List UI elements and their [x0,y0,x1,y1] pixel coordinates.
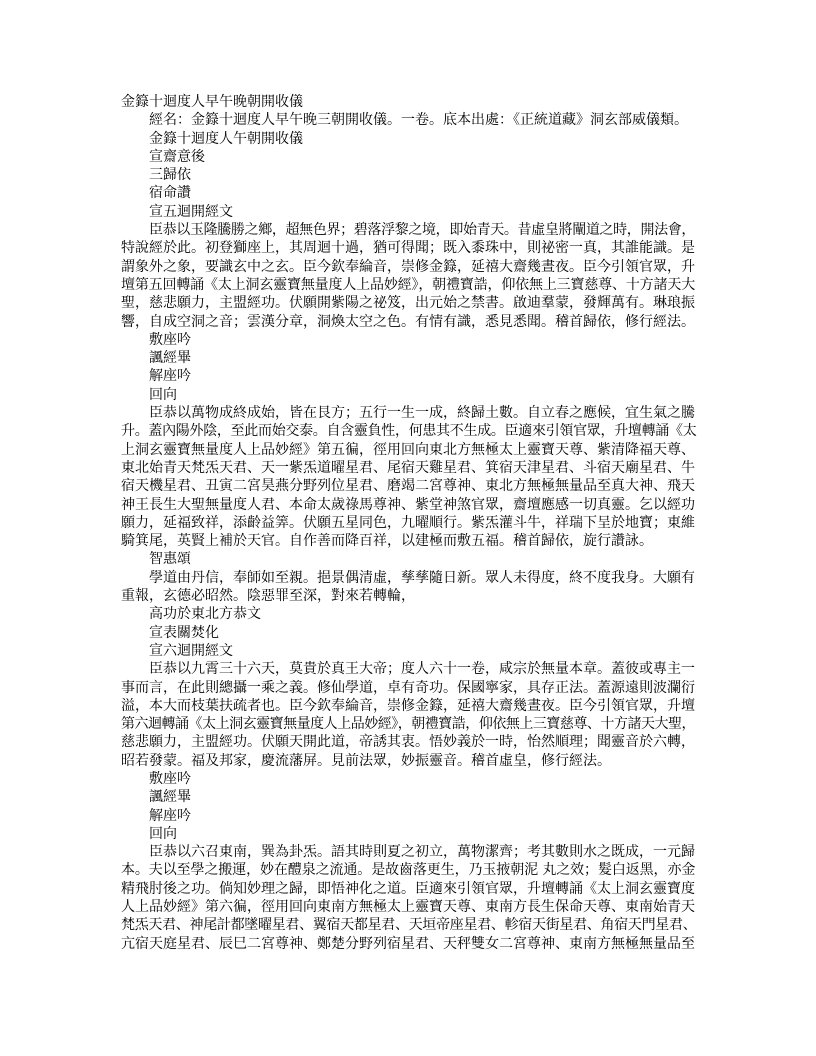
rubric-line: 諷經畢 [121,788,695,806]
scripture-info-line: 經名：金籙十迴度人早午晚三朝開收儀。一卷。底本出處：《正統道藏》洞玄部威儀類。 [121,111,695,129]
rubric-line: 諷經畢 [121,349,695,367]
rubric-line: 三歸依 [121,166,695,184]
rubric-line: 解座吟 [121,807,695,825]
paragraph-line: 壇第五回轉誦《太上洞玄靈寶無量度人上品妙經》，朝禮寶誥，仰依無上三寶慈尊、十方諸… [121,276,695,294]
document-title: 金籙十迴度人早午晚朝開收儀 [121,93,695,111]
paragraph-line: 神王長生大聖無量度人君、本命太歲祿馬尊神、紫堂神煞官眾，齋壇應感一切真靈。乞以經… [121,496,695,514]
paragraph: 臣恭以九霄三十六天，莫貴於真王大帝；度人六十一卷，咸宗於無量本章。蓋彼或專主一 … [121,660,695,770]
rubric-line: 宣表關焚化 [121,624,695,642]
paragraph-line: 謂象外之象，要識玄中之玄。臣今欽奉綸音，崇修金籙，延禧大齋幾晝夜。臣今引領官眾，… [121,258,695,276]
paragraph-line: 梵炁天君、神尾計都墜曜星君、翼宿天都星君、天垣帝座星君、軫宿天街星君、角宿天門星… [121,916,695,934]
hymn-verse: 學道由丹信，奉師如至親。挹景偶清虛，孳孳隨日新。眾人未得度，終不度我身。大願有 … [121,569,695,606]
paragraph-line: 響，自成空洞之音；雲漢分章，洞煥太空之色。有情有識，悉見悉聞。稽首歸依，修行經法… [121,313,695,331]
paragraph-line: 亢宿天庭星君、辰巳二宮尊神、鄭楚分野列宿星君、天秤雙女二宮尊神、東南方無極無量品… [121,935,695,953]
paragraph-line: 本。夫以至學之搬運，妙在醴泉之流通。是故齒落更生，乃玉掖朝泥 丸之效；髮白返黑，… [121,861,695,879]
document-body: 金籙十迴度人早午晚朝開收儀 經名：金籙十迴度人早午晚三朝開收儀。一卷。底本出處：… [121,93,695,953]
paragraph-line: 重報，玄德必昭然。陰惡罪至深，對來若轉輪， [121,587,695,605]
rubric-line: 敷座吟 [121,331,695,349]
paragraph-line: 慈悲願力，主盟經功。伏願天開此道，帝誘其衷。悟妙義於一時，怡然順理；聞靈音於六轉… [121,733,695,751]
paragraph-line: 事而言，在此則總攝一乘之義。修仙學道，卓有奇功。保國寧家，具存正法。蓋源遠則波瀾… [121,679,695,697]
paragraph-line: 聖，慈悲願力，主盟經功。伏願開紫陽之祕笈，出元始之禁書。啟迪羣蒙，發輝萬有。琳琅… [121,294,695,312]
rite-subtitle: 金籙十迴度人午朝開收儀 [121,130,695,148]
paragraph-line: 昭若發蒙。福及邦家，慶流藩屏。見前法眾，妙振靈音。稽首虛皇，修行經法。 [121,752,695,770]
document-page: 金籙十迴度人早午晚朝開收儀 經名：金籙十迴度人早午晚三朝開收儀。一卷。底本出處：… [0,0,816,1056]
paragraph: 臣恭以玉隆騰勝之鄉，超無色界；碧落浮黎之境，即始青天。昔虛皇將闡道之時，開法會，… [121,221,695,331]
rubric-line: 回向 [121,386,695,404]
paragraph-line: 特說經於此。初登獅座上，其周迴十過，猶可得聞；既入黍珠中，則祕密一真，其誰能識。… [121,239,695,257]
paragraph-line: 宿天機星君、丑寅二宮昊燕分野列位星君、磨竭二宮尊神、東北方無極無量品至真大神、飛… [121,477,695,495]
paragraph-line: 臣恭以六召東南，巽為卦炁。語其時則夏之初立，萬物潔齊；考其數則水之既成，一元歸 [121,843,695,861]
rubric-line: 宣五迴開經文 [121,203,695,221]
paragraph-line: 臣恭以萬物成終成始，皆在艮方；五行一生一成，終歸土數。自立春之應候，宜生氣之騰 [121,404,695,422]
paragraph-line: 人上品妙經》第六徧，徑用回向東南方無極太上靈寶天尊、東南方長生保命天尊、東南始青… [121,898,695,916]
paragraph-line: 升。蓋內陽外陰，至此而始交泰。自含靈負性，何患其不生成。臣適來引領官眾，升壇轉誦… [121,422,695,440]
paragraph-line: 溢，本大而枝葉扶疏者也。臣今欽奉綸音，崇修金籙，延禧大齋幾晝夜。臣今引領官眾，升… [121,697,695,715]
paragraph-line: 騎箕尾，英賢上補於天官。自作善而降百祥，以建極而敷五福。稽首歸依，旋行讚詠。 [121,532,695,550]
hymn-title: 智惠頌 [121,550,695,568]
paragraph: 臣恭以萬物成終成始，皆在艮方；五行一生一成，終歸土數。自立春之應候，宜生氣之騰 … [121,404,695,550]
rubric-line: 解座吟 [121,367,695,385]
paragraph-line: 學道由丹信，奉師如至親。挹景偶清虛，孳孳隨日新。眾人未得度，終不度我身。大願有 [121,569,695,587]
rubric-line: 高功於東北方恭文 [121,605,695,623]
paragraph: 臣恭以六召東南，巽為卦炁。語其時則夏之初立，萬物潔齊；考其數則水之既成，一元歸 … [121,843,695,953]
paragraph-line: 東北始青天梵炁天君、天一紫炁道曜星君、尾宿天雞星君、箕宿天津星君、斗宿天廟星君、… [121,459,695,477]
rubric-line: 宣齋意後 [121,148,695,166]
rubric-line: 宣六迴開經文 [121,642,695,660]
rubric-line: 回向 [121,825,695,843]
paragraph-line: 精飛肘後之功。倘知妙理之歸，即悟神化之道。臣適來引領官眾，升壇轉誦《太上洞玄靈寶… [121,880,695,898]
paragraph-line: 願力，延福致祥，添齡益筭。伏願五星同色，九曜順行。紫炁灌斗牛，祥瑞下呈於地寶；東… [121,514,695,532]
paragraph-line: 臣恭以玉隆騰勝之鄉，超無色界；碧落浮黎之境，即始青天。昔虛皇將闡道之時，開法會， [121,221,695,239]
paragraph-line: 臣恭以九霄三十六天，莫貴於真王大帝；度人六十一卷，咸宗於無量本章。蓋彼或專主一 [121,660,695,678]
rubric-line: 宿命讚 [121,184,695,202]
rubric-line: 敷座吟 [121,770,695,788]
paragraph-line: 第六迴轉誦《太上洞玄靈寶無量度人上品妙經》，朝禮寶誥，仰依無上三寶慈尊、十方諸天… [121,715,695,733]
paragraph-line: 上洞玄靈寶無量度人上品妙經》第五徧，徑用回向東北方無極太上靈寶天尊、紫清降福天尊… [121,441,695,459]
